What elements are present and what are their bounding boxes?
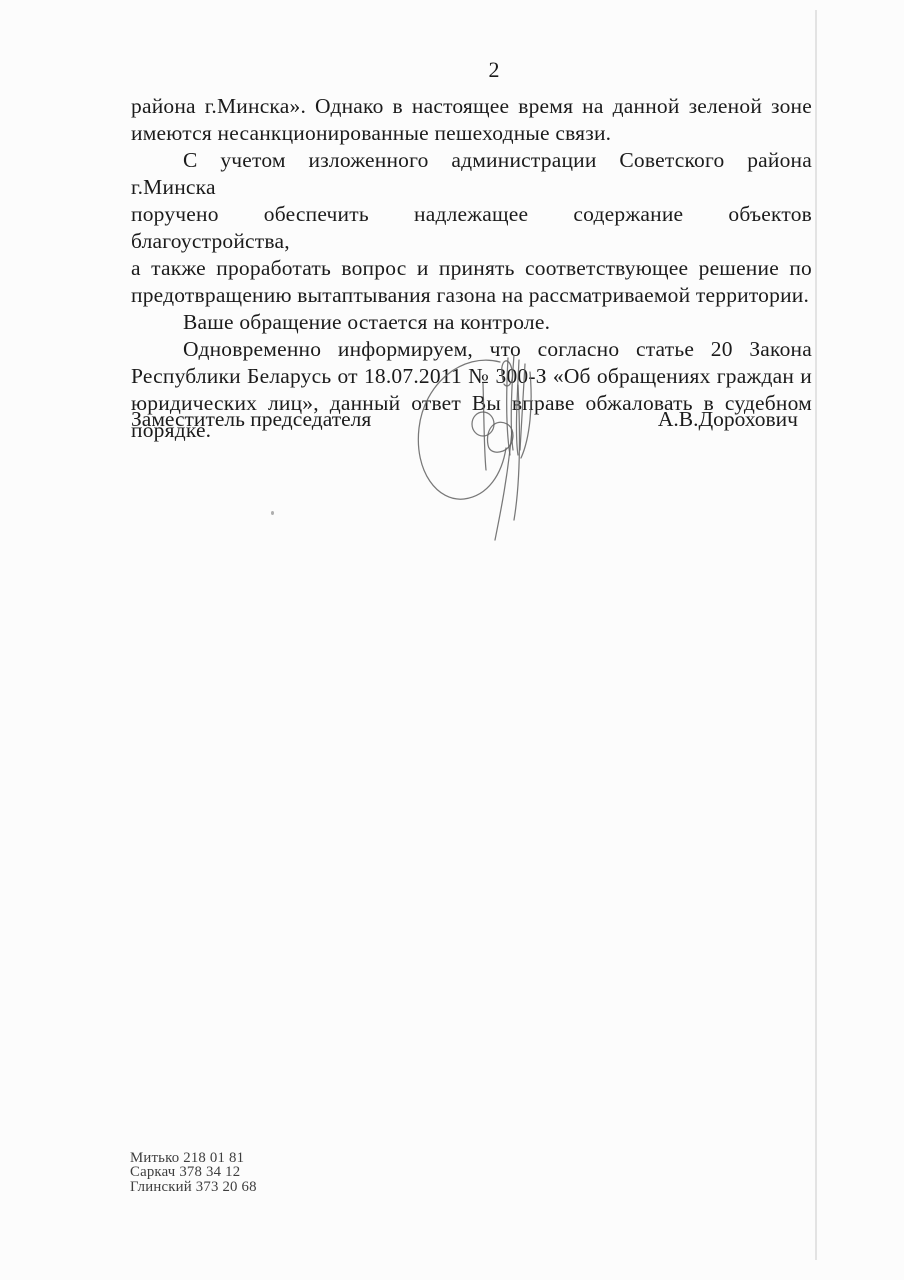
signatory-name: А.В.Дорохович	[658, 406, 798, 433]
body-line: а также проработать вопрос и принять соо…	[131, 255, 812, 282]
body-line: С учетом изложенного администрации Совет…	[131, 147, 812, 201]
footer-contacts: Митько 218 01 81 Саркач 378 34 12 Глинск…	[130, 1151, 257, 1194]
page-number: 2	[454, 56, 534, 83]
body-line: предотвращению вытаптывания газона на ра…	[131, 282, 812, 309]
body-line: Ваше обращение остается на контроле.	[131, 309, 812, 336]
signature-scribble	[402, 350, 542, 548]
signatory-title: Заместитель председателя	[131, 406, 371, 433]
ink-speck	[271, 511, 274, 515]
page: 2 района г.Минска». Однако в настоящее в…	[0, 0, 904, 1280]
body-line: имеются несанкционированные пешеходные с…	[131, 120, 812, 147]
scan-fold-line	[815, 10, 817, 1260]
contact-line: Глинский 373 20 68	[130, 1180, 257, 1194]
contact-line: Саркач 378 34 12	[130, 1165, 257, 1179]
contact-line: Митько 218 01 81	[130, 1151, 257, 1165]
body-line: поручено обеспечить надлежащее содержани…	[131, 201, 812, 255]
body-line: района г.Минска». Однако в настоящее вре…	[131, 93, 812, 120]
